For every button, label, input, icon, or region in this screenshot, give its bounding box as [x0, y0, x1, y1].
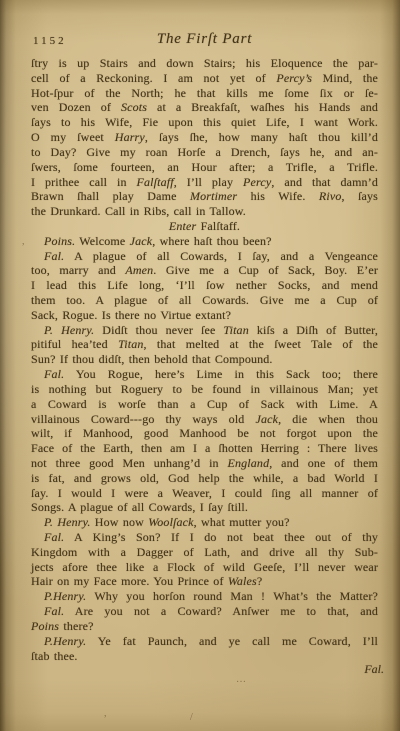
- catchword: Fal.: [364, 662, 384, 677]
- text-line: Fal. A King’s Son? If I do not beat thee…: [31, 530, 378, 545]
- text-line: ſwers, ſome fourteen, an Hour after; a T…: [31, 160, 378, 175]
- text-segment: villainous Coward---go thy ways old: [31, 412, 256, 426]
- text-line: P. Henry. How now Woolſack, what mutter …: [31, 515, 378, 530]
- text-segment: a Coward is worſe than a Cup of Sack wit…: [31, 397, 378, 411]
- text-line: I lead this Life long, ‘I’ll ſow nether …: [31, 278, 378, 293]
- text-segment: cell of a Reckoning. I am not yet of: [31, 71, 276, 85]
- text-segment: ſay. I would I were a Weaver, I could ſi…: [31, 486, 378, 500]
- text-segment: Mind, the: [312, 71, 378, 85]
- text-line: Brawn ſhall play Dame Mortimer his Wife.…: [31, 189, 378, 204]
- text-segment: too, marry and: [31, 263, 125, 277]
- italic-text: Titan: [223, 323, 248, 337]
- text-line: is fat, and grows old, God help the whil…: [31, 471, 378, 486]
- text-segment: the Drunkard. Call in Ribs, call in Tall…: [31, 204, 246, 218]
- italic-text: Harry: [115, 130, 145, 144]
- text-segment: Welcome: [75, 234, 129, 248]
- text-segment: at a Breakfaſt, waſhes his Hands and: [147, 100, 378, 114]
- speaker-name: P. Henry.: [44, 323, 94, 337]
- italic-text: Rivo: [319, 189, 342, 203]
- text-line: to Day? Give my roan Horſe a Drench, ſay…: [31, 145, 378, 160]
- text-segment: wilt, if Manhood, good Manhood be not fo…: [31, 426, 378, 440]
- text-segment: ven Dozen of: [31, 100, 121, 114]
- scan-speck: ,: [104, 708, 107, 719]
- text-line: not three good Men unhang’d in England, …: [31, 456, 378, 471]
- text-line: Face of the Earth, then am I a ſhotten H…: [31, 441, 378, 456]
- italic-text: Percy’s: [276, 71, 312, 85]
- text-line: Poins. Welcome Jack, where haſt thou bee…: [31, 234, 378, 249]
- text-segment: , where haſt thou been?: [152, 234, 271, 248]
- text-line: ven Dozen of Scots at a Breakfaſt, waſhe…: [31, 100, 378, 115]
- text-segment: Why you horſon round Man ! What’s the Ma…: [86, 589, 378, 603]
- text-segment: ſays to his Wife, Fie upon this quiet Li…: [31, 115, 378, 129]
- text-line: Fal. Are you not a Coward? Anſwer me to …: [31, 604, 378, 619]
- text-segment: , and that damn’d: [271, 175, 378, 189]
- book-page-scan: 1152 The Firſt Part ſtry is up Stairs an…: [0, 0, 400, 731]
- text-segment: Face of the Earth, then am I a ſhotten H…: [31, 441, 378, 455]
- text-segment: his Wife.: [237, 189, 319, 203]
- text-line: Poins there?: [31, 619, 378, 634]
- italic-text: Poins: [31, 619, 59, 633]
- text-line: Fal. A plague of all Cowards, I ſay, and…: [31, 249, 378, 264]
- text-line: too, marry and Amen. Give me a Cup of Sa…: [31, 263, 378, 278]
- text-line: ſay. I would I were a Weaver, I could ſi…: [31, 486, 378, 501]
- speaker-name: P. Henry.: [44, 515, 91, 529]
- text-segment: Hot-ſpur of the North; he that kills me …: [31, 86, 378, 100]
- text-segment: , ſays: [341, 189, 378, 203]
- scan-speck: …: [236, 674, 246, 685]
- text-segment: ſtab thee.: [31, 649, 78, 663]
- text-line: ſtry is up Stairs and down Stairs; his E…: [31, 56, 378, 71]
- text-line: Hair on my Face more. You Prince of Wale…: [31, 574, 378, 589]
- text-line: the Drunkard. Call in Ribs, call in Tall…: [31, 204, 378, 219]
- text-segment: there?: [59, 619, 93, 633]
- italic-text: Mortimer: [190, 189, 237, 203]
- speaker-name: Poins.: [44, 234, 75, 248]
- text-line: P. Henry. Didſt thou never ſee Titan kiſ…: [31, 323, 378, 338]
- stage-direction: Enter Falſtaff.: [31, 219, 378, 234]
- text-line: O my ſweet Harry, ſays ſhe, how many haſ…: [31, 130, 378, 145]
- text-line: Songs. A plague of all Cowards, I ſay ſt…: [31, 500, 378, 515]
- text-segment: jects afore thee like a Flock of wild Ge…: [31, 560, 378, 574]
- text-line: Sack, Rogue. Is there no Virtue extant?: [31, 308, 378, 323]
- text-segment: , what mutter you?: [194, 515, 290, 529]
- text-segment: O my ſweet: [31, 130, 115, 144]
- text-line: is nothing but Roguery to be found in vi…: [31, 382, 378, 397]
- italic-text: Titan: [118, 337, 143, 351]
- text-line: jects afore thee like a Flock of wild Ge…: [31, 560, 378, 575]
- italic-text: Wales: [228, 574, 257, 588]
- italic-text: England: [228, 456, 270, 470]
- italic-text: Enter: [169, 219, 196, 233]
- text-segment: I prithee call in: [31, 175, 137, 189]
- text-segment: Ye fat Paunch, and ye call me Coward, I’…: [86, 634, 378, 648]
- text-line: Hot-ſpur of the North; he that kills me …: [31, 86, 378, 101]
- italic-text: Falſtaff: [137, 175, 174, 189]
- text-line: I prithee call in Falſtaff, I’ll play Pe…: [31, 175, 378, 190]
- text-line: P.Henry. Ye fat Paunch, and ye call me C…: [31, 634, 378, 649]
- running-title: The Firſt Part: [31, 31, 378, 48]
- text-segment: Hair on my Face more. You Prince of: [31, 574, 228, 588]
- text-segment: A King’s Son? If I do not beat thee out …: [64, 530, 378, 544]
- scan-speck: /: [190, 712, 193, 723]
- italic-text: Scots: [121, 100, 147, 114]
- text-segment: , ſays ſhe, how many haſt thou kill’d: [145, 130, 378, 144]
- speaker-name: Fal.: [44, 367, 64, 381]
- text-segment: Kingdom with a Dagger of Lath, and drive…: [31, 545, 378, 559]
- text-block: ſtry is up Stairs and down Stairs; his E…: [31, 56, 378, 663]
- text-line: pitiful hea’ted Titan, that melted at th…: [31, 337, 378, 352]
- italic-text: Percy: [243, 175, 271, 189]
- text-line: ſtab thee.: [31, 649, 378, 664]
- italic-text: Amen: [125, 263, 153, 277]
- speaker-name: Fal.: [44, 530, 64, 544]
- text-segment: ſwers, ſome fourteen, an Hour after; a T…: [31, 160, 378, 174]
- text-line: a Coward is worſe than a Cup of Sack wit…: [31, 397, 378, 412]
- text-segment: Are you not a Coward? Anſwer me to that,…: [64, 604, 378, 618]
- text-segment: Sack, Rogue. Is there no Virtue extant?: [31, 308, 231, 322]
- text-segment: How now: [91, 515, 149, 529]
- text-segment: not three good Men unhang’d in: [31, 456, 228, 470]
- text-segment: is fat, and grows old, God help the whil…: [31, 471, 378, 485]
- text-segment: Brawn ſhall play Dame: [31, 189, 190, 203]
- text-segment: , and one of them: [269, 456, 378, 470]
- text-line: them too. A plague of all Cowards. Give …: [31, 293, 378, 308]
- italic-text: Jack: [256, 412, 279, 426]
- text-segment: ſtry is up Stairs and down Stairs; his E…: [31, 56, 378, 70]
- text-segment: You Rogue, here’s Lime in this Sack too;…: [64, 367, 378, 381]
- text-line: villainous Coward---go thy ways old Jack…: [31, 412, 378, 427]
- scan-speck: ,: [22, 236, 25, 247]
- text-segment: , that melted at the ſweet Tale of the: [144, 337, 379, 351]
- text-segment: is nothing but Roguery to be found in vi…: [31, 382, 378, 396]
- speaker-name: P.Henry.: [44, 589, 86, 603]
- italic-text: Jack: [130, 234, 153, 248]
- text-segment: I lead this Life long, ‘I’ll ſow nether …: [31, 278, 378, 292]
- text-line: Sun? If thou didſt, then behold that Com…: [31, 352, 378, 367]
- text-segment: Sun? If thou didſt, then behold that Com…: [31, 352, 273, 366]
- italic-text: Woolſack: [148, 515, 193, 529]
- text-segment: ?: [257, 574, 262, 588]
- text-segment: , I’ll play: [174, 175, 243, 189]
- text-line: P.Henry. Why you horſon round Man ! What…: [31, 589, 378, 604]
- page-header: 1152 The Firſt Part: [31, 31, 378, 51]
- text-segment: them too. A plague of all Cowards. Give …: [31, 293, 378, 307]
- text-segment: , die when thou: [278, 412, 378, 426]
- speaker-name: Fal.: [44, 249, 64, 263]
- text-segment: to Day? Give my roan Horſe a Drench, ſay…: [31, 145, 378, 159]
- text-segment: Songs. A plague of all Cowards, I ſay ſt…: [31, 500, 248, 514]
- text-segment: Falſtaff.: [196, 219, 240, 233]
- text-line: ſays to his Wife, Fie upon this quiet Li…: [31, 115, 378, 130]
- text-segment: pitiful hea’ted: [31, 337, 118, 351]
- text-segment: A plague of all Cowards, I ſay, and a Ve…: [64, 249, 378, 263]
- text-line: Fal. You Rogue, here’s Lime in this Sack…: [31, 367, 378, 382]
- text-line: Kingdom with a Dagger of Lath, and drive…: [31, 545, 378, 560]
- text-line: wilt, if Manhood, good Manhood be not fo…: [31, 426, 378, 441]
- speaker-name: Fal.: [44, 604, 64, 618]
- text-segment: Didſt thou never ſee: [94, 323, 223, 337]
- text-segment: kiſs a Diſh of Butter,: [249, 323, 378, 337]
- speaker-name: P.Henry.: [44, 634, 86, 648]
- text-line: cell of a Reckoning. I am not yet of Per…: [31, 71, 378, 86]
- text-segment: . Give me a Cup of Sack, Boy. E’er: [153, 263, 378, 277]
